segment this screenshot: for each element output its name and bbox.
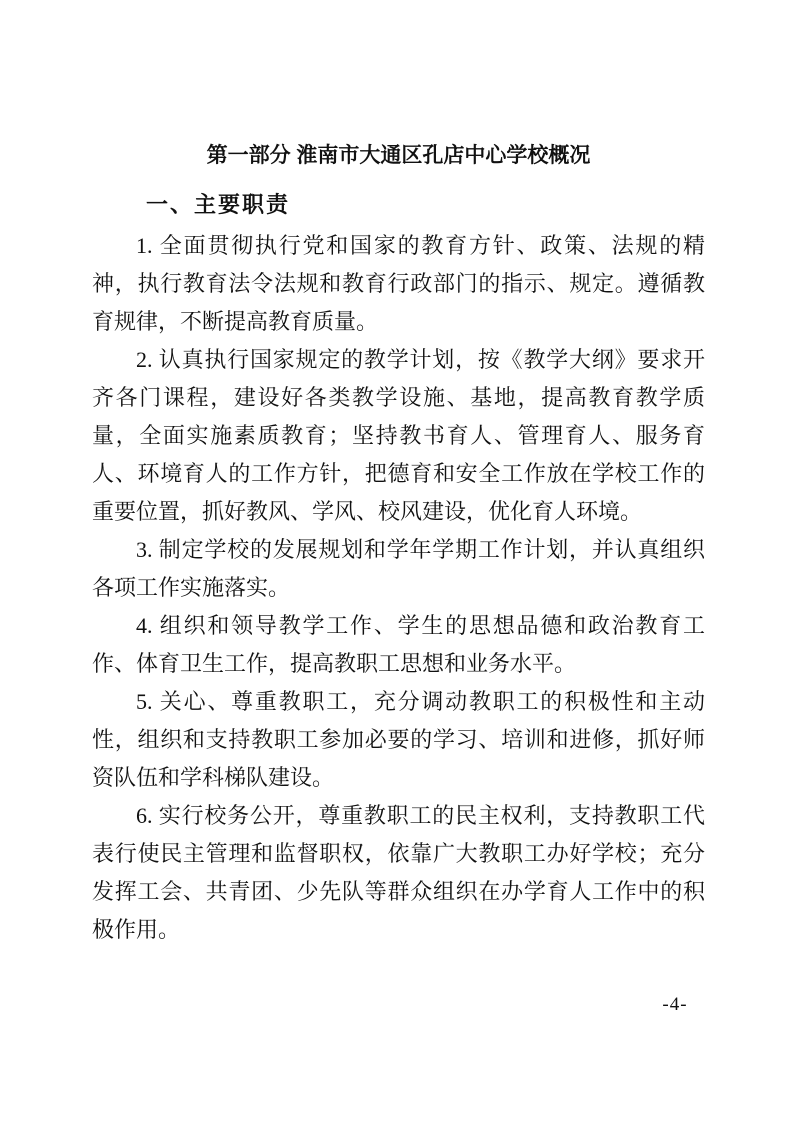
body-paragraph: 4. 组织和领导教学工作、学生的思想品德和政治教育工作、体育卫生工作，提高教职工… bbox=[92, 607, 705, 683]
document-page: 第一部分 淮南市大通区孔店中心学校概况 一、主要职责 1. 全面贯彻执行党和国家… bbox=[0, 0, 793, 1122]
body-paragraph: 5. 关心、尊重教职工，充分调动教职工的积极性和主动性，组织和支持教职工参加必要… bbox=[92, 683, 705, 797]
page-number: -4- bbox=[638, 994, 712, 1016]
body-paragraph: 2. 认真执行国家规定的教学计划，按《教学大纲》要求开齐各门课程，建设好各类教学… bbox=[92, 341, 705, 531]
body-paragraph: 1. 全面贯彻执行党和国家的教育方针、政策、法规的精神，执行教育法令法规和教育行… bbox=[92, 227, 705, 341]
body-text: 1. 全面贯彻执行党和国家的教育方针、政策、法规的精神，执行教育法令法规和教育行… bbox=[92, 227, 705, 949]
page-title: 第一部分 淮南市大通区孔店中心学校概况 bbox=[92, 142, 705, 169]
body-paragraph: 6. 实行校务公开，尊重教职工的民主权利，支持教职工代表行使民主管理和监督职权，… bbox=[92, 797, 705, 949]
body-paragraph: 3. 制定学校的发展规划和学年学期工作计划，并认真组织各项工作实施落实。 bbox=[92, 531, 705, 607]
section-heading: 一、主要职责 bbox=[146, 192, 290, 218]
